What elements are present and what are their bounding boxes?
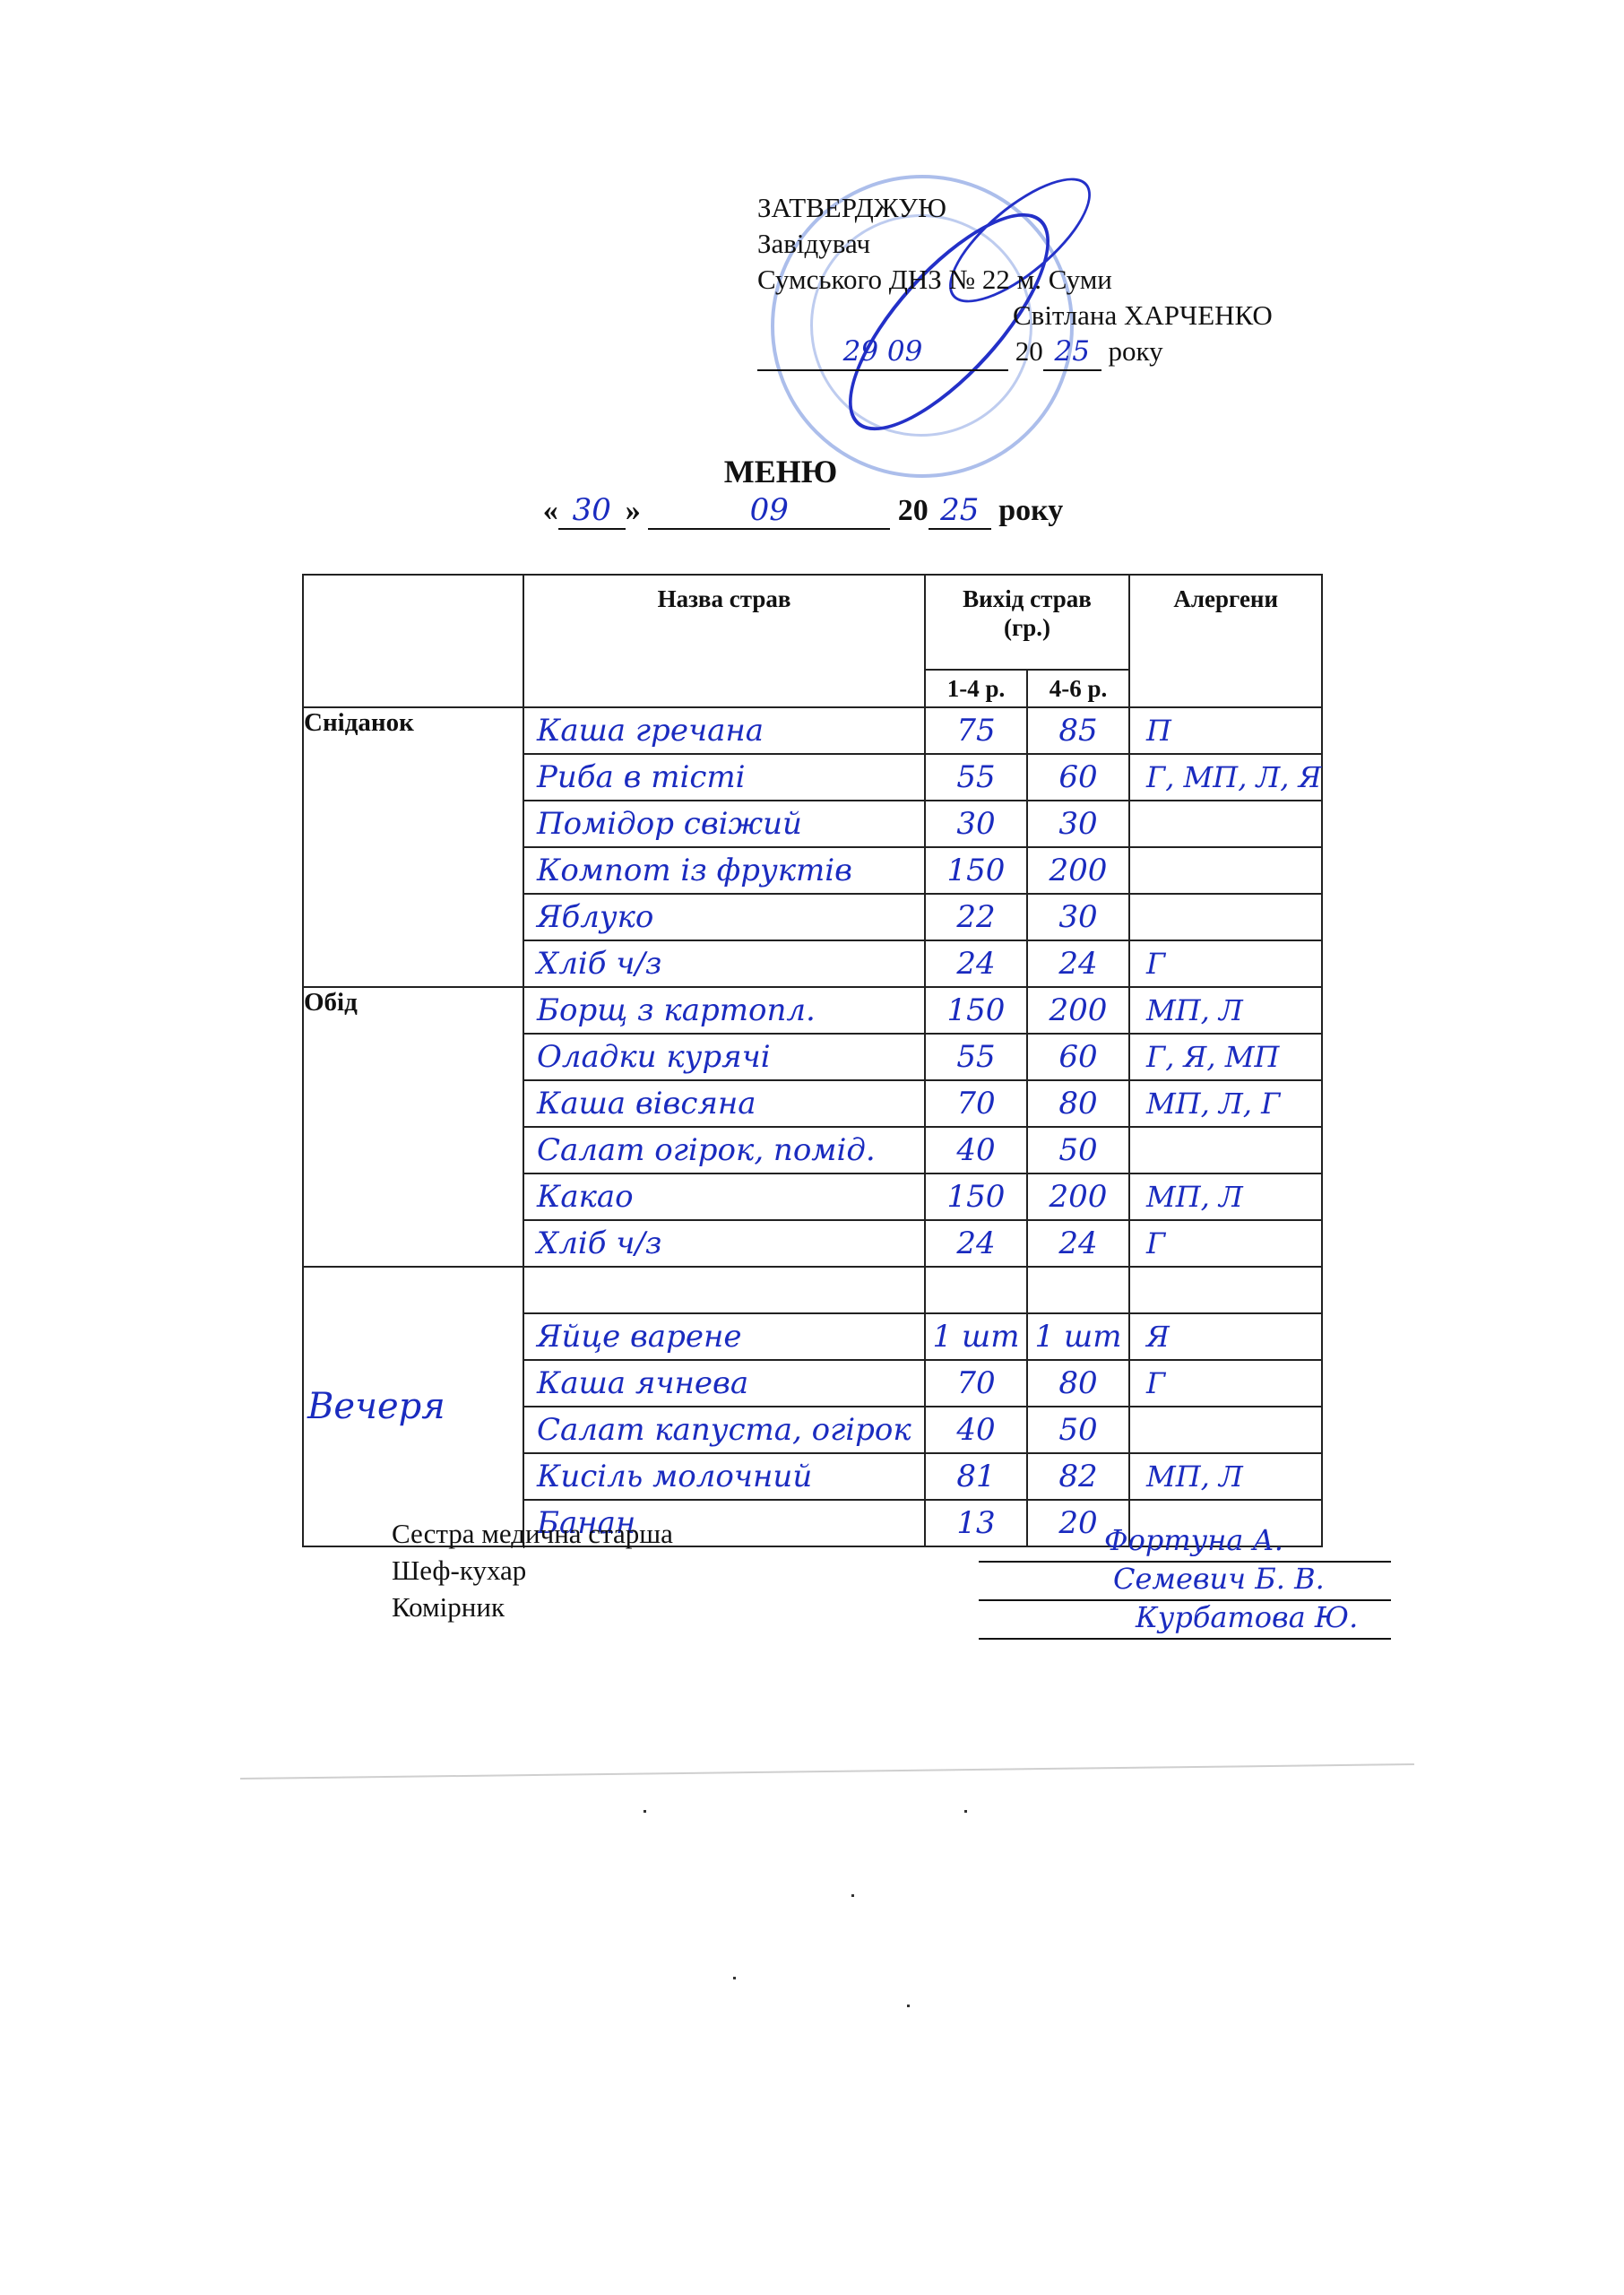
approval-date-line: 29 09 2025 року: [757, 333, 1273, 371]
header-age-4-6: 4-6 р.: [1027, 670, 1129, 707]
menu-body: СніданокКаша гречана7585ПРиба в тісті556…: [303, 707, 1322, 1546]
yield-4-6: 80: [1027, 1360, 1129, 1407]
dish-name: Яйце варене: [523, 1313, 925, 1360]
dish-name: Борщ з картопл.: [523, 987, 925, 1034]
allergens: [1129, 801, 1322, 847]
table-row: Вечеря: [303, 1267, 1322, 1313]
signer-role: Комірник: [392, 1589, 673, 1625]
signature: Фортуна А.: [1104, 1523, 1283, 1557]
signature-line: Семевич Б. В.: [979, 1563, 1391, 1601]
yield-1-4: 40: [925, 1407, 1027, 1453]
allergens: МП, Л: [1129, 987, 1322, 1034]
allergens: П: [1129, 707, 1322, 754]
allergens: [1129, 1267, 1322, 1313]
signature-line: Фортуна А.: [979, 1524, 1391, 1563]
yield-1-4: 1 шт: [925, 1313, 1027, 1360]
yield-4-6: 60: [1027, 754, 1129, 801]
yield-1-4: 75: [925, 707, 1027, 754]
meal-label: Обід: [303, 987, 523, 1267]
yield-4-6: 85: [1027, 707, 1129, 754]
allergens: Г: [1129, 940, 1322, 987]
menu-title: МЕНЮ: [0, 453, 1593, 490]
dish-name: Салат огірок, помід.: [523, 1127, 925, 1173]
menu-date-month: 09: [648, 492, 890, 530]
dish-name: Яблуко: [523, 894, 925, 940]
yield-1-4: 81: [925, 1453, 1027, 1500]
yield-4-6: [1027, 1267, 1129, 1313]
header-dish-name: Назва страв: [523, 575, 925, 707]
dish-name: Каша вівсяна: [523, 1080, 925, 1127]
yield-4-6: 200: [1027, 1173, 1129, 1220]
yield-1-4: 24: [925, 940, 1027, 987]
approval-position: Завідувач: [757, 226, 1273, 262]
yield-1-4: 70: [925, 1360, 1027, 1407]
director-name: Світлана ХАРЧЕНКО: [757, 298, 1273, 333]
menu-date: «30» 09 2025 року: [0, 492, 1615, 530]
header-age-1-4: 1-4 р.: [925, 670, 1027, 707]
allergens: Г, Я, МП: [1129, 1034, 1322, 1080]
signature-lines: Фортуна А. Семевич Б. В. Курбатова Ю.: [979, 1524, 1391, 1640]
allergens: МП, Л, Г: [1129, 1080, 1322, 1127]
allergens: [1129, 847, 1322, 894]
meal-label: Сніданок: [303, 707, 523, 987]
yield-4-6: 24: [1027, 940, 1129, 987]
yield-1-4: 150: [925, 1173, 1027, 1220]
signature-line: Курбатова Ю.: [979, 1601, 1391, 1640]
dish-name: Салат капуста, огірок: [523, 1407, 925, 1453]
dish-name: Каша гречана: [523, 707, 925, 754]
menu-date-year-suffix: 25: [929, 492, 991, 530]
signature: Семевич Б. В.: [1113, 1562, 1325, 1596]
header-meal: [303, 575, 523, 707]
allergens: [1129, 1407, 1322, 1453]
meal-label: Вечеря: [303, 1267, 523, 1546]
yield-1-4: [925, 1267, 1027, 1313]
approval-institution: Сумського ДНЗ № 22 м. Суми: [757, 262, 1273, 298]
dish-name: Кисіль молочний: [523, 1453, 925, 1500]
dish-name: Хліб ч/з: [523, 1220, 925, 1267]
yield-1-4: 30: [925, 801, 1027, 847]
yield-4-6: 80: [1027, 1080, 1129, 1127]
allergens: Г, МП, Л, Я: [1129, 754, 1322, 801]
dish-name: [523, 1267, 925, 1313]
approval-year-suffix: 25: [1043, 333, 1101, 371]
yield-4-6: 200: [1027, 847, 1129, 894]
dish-name: Оладки курячі: [523, 1034, 925, 1080]
header-allergens: Алергени: [1129, 575, 1322, 707]
yield-1-4: 24: [925, 1220, 1027, 1267]
menu-title-block: МЕНЮ «30» 09 2025 року: [0, 453, 1624, 530]
allergens: МП, Л: [1129, 1173, 1322, 1220]
dish-name: Какао: [523, 1173, 925, 1220]
yield-4-6: 30: [1027, 894, 1129, 940]
allergens: Я: [1129, 1313, 1322, 1360]
allergens: [1129, 894, 1322, 940]
yield-1-4: 70: [925, 1080, 1027, 1127]
approval-year-word: року: [1109, 335, 1163, 367]
table-row: ОбідБорщ з картопл.150200МП, Л: [303, 987, 1322, 1034]
header-yield: Вихід страв (гр.): [925, 575, 1129, 670]
signer-role: Шеф-кухар: [392, 1552, 673, 1589]
dish-name: Хліб ч/з: [523, 940, 925, 987]
dish-name: Помідор свіжий: [523, 801, 925, 847]
allergens: [1129, 1127, 1322, 1173]
allergens: МП, Л: [1129, 1453, 1322, 1500]
signers-list: Сестра медична старша Шеф-кухар Комірник: [392, 1515, 673, 1625]
yield-4-6: 82: [1027, 1453, 1129, 1500]
yield-1-4: 40: [925, 1127, 1027, 1173]
menu-table: Назва страв Вихід страв (гр.) Алергени 1…: [302, 574, 1323, 1547]
table-row: СніданокКаша гречана7585П: [303, 707, 1322, 754]
dish-name: Риба в тісті: [523, 754, 925, 801]
yield-4-6: 50: [1027, 1127, 1129, 1173]
yield-1-4: 150: [925, 987, 1027, 1034]
dish-name: Каша ячнева: [523, 1360, 925, 1407]
yield-1-4: 55: [925, 1034, 1027, 1080]
signature: Курбатова Ю.: [1136, 1600, 1358, 1634]
allergens: Г: [1129, 1360, 1322, 1407]
yield-4-6: 60: [1027, 1034, 1129, 1080]
yield-4-6: 30: [1027, 801, 1129, 847]
approval-block: ЗАТВЕРДЖУЮ Завідувач Сумського ДНЗ № 22 …: [757, 190, 1273, 371]
allergens: Г: [1129, 1220, 1322, 1267]
scan-edge-line: [240, 1763, 1414, 1780]
dish-name: Компот із фруктів: [523, 847, 925, 894]
yield-4-6: 1 шт: [1027, 1313, 1129, 1360]
yield-4-6: 200: [1027, 987, 1129, 1034]
yield-4-6: 50: [1027, 1407, 1129, 1453]
yield-1-4: 22: [925, 894, 1027, 940]
menu-date-day: 30: [558, 492, 626, 530]
signer-role: Сестра медична старша: [392, 1515, 673, 1552]
approval-year-prefix: 20: [1015, 335, 1043, 367]
approval-heading: ЗАТВЕРДЖУЮ: [757, 190, 1273, 226]
yield-4-6: 24: [1027, 1220, 1129, 1267]
yield-1-4: 55: [925, 754, 1027, 801]
yield-1-4: 150: [925, 847, 1027, 894]
approval-date-day-month: 29 09: [757, 333, 1008, 371]
